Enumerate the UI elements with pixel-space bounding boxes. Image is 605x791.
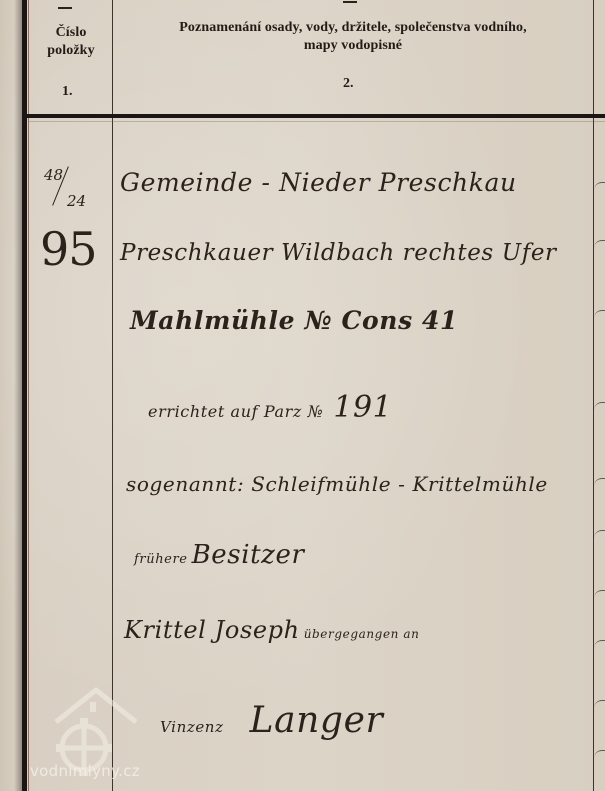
register-page: Číslo položky 1. Poznamenání osady, vody…	[0, 0, 605, 791]
next-column-fragment	[594, 750, 605, 760]
next-column-fragment	[594, 182, 605, 192]
owner-label-prefix: frühere	[134, 552, 188, 567]
next-column-fragment	[594, 590, 605, 600]
new-owner-line: VinzenzLanger	[160, 700, 383, 741]
next-column-fragment	[594, 478, 605, 488]
column-1-title-line1: Číslo	[30, 24, 112, 42]
next-column-fragment	[594, 530, 605, 540]
reference-fraction-top: 48	[44, 166, 63, 184]
column-1-header: Číslo položky	[30, 24, 112, 60]
owner-label-text: Besitzer	[192, 540, 305, 570]
column-2-title-line1: Poznamenání osady, vody, držitele, spole…	[113, 19, 593, 37]
municipality-line: Gemeinde - Nieder Preschkau	[120, 168, 517, 197]
parcel-number: 191	[333, 390, 392, 425]
next-column-fragment	[594, 640, 605, 650]
watercourse-line: Preschkauer Wildbach rechtes Ufer	[120, 240, 557, 266]
column-2-number: 2.	[343, 76, 354, 92]
next-column-fragment	[594, 402, 605, 412]
new-owner-first-name: Vinzenz	[160, 718, 224, 736]
new-owner-surname: Langer	[250, 700, 384, 741]
column-2-header: Poznamenání osady, vody, držitele, spole…	[113, 19, 593, 55]
column-2-title-line2: mapy vodopisné	[113, 37, 593, 55]
column-1-dash	[58, 7, 72, 9]
former-owner-line: Krittel Josephübergegangen an	[124, 616, 420, 644]
former-owner-name: Krittel Joseph	[124, 616, 300, 644]
left-thick-border	[22, 0, 27, 791]
column-1-title-line2: položky	[30, 42, 112, 60]
header-thin-rule	[29, 121, 605, 122]
column-divider-1	[112, 0, 113, 791]
mill-type-line: Mahlmühle № Cons 41	[130, 306, 458, 335]
next-column-fragment	[594, 700, 605, 710]
item-number: 95	[40, 222, 97, 276]
built-on-prefix: errichtet auf Parz №	[148, 402, 323, 421]
header-bottom-rule	[22, 114, 605, 118]
column-divider-2	[593, 0, 594, 791]
watermark-text: vodnimlyny.cz	[30, 762, 140, 780]
page-edge-shadow	[14, 0, 22, 791]
column-2-dash	[343, 1, 357, 3]
also-called-line: sogenannt: Schleifmühle - Krittelmühle	[126, 472, 548, 496]
transfer-note: übergegangen an	[304, 627, 420, 641]
next-column-fragment	[594, 310, 605, 320]
owner-label-line: frühereBesitzer	[134, 540, 305, 570]
left-red-rule	[28, 0, 29, 791]
column-1-number: 1.	[62, 84, 73, 100]
next-column-fragment	[594, 240, 605, 250]
built-on-line: errichtet auf Parz №191	[148, 390, 392, 425]
reference-fraction-bottom: 24	[67, 192, 86, 210]
